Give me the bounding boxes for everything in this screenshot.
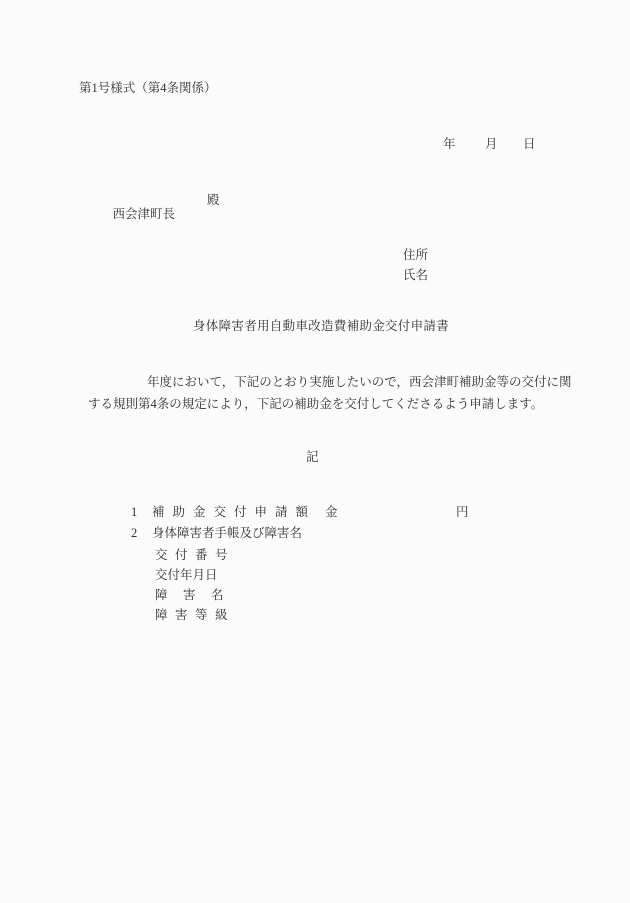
issue-date-line: 年 月 日 [443,137,543,209]
issue-number-label: 交付番号 [155,548,235,562]
body-paragraph-line-1: 年度において，下記のとおり実施したいので，西会津町補助金等の交付に関 [147,375,572,389]
item-2-number: 2 [131,526,137,540]
handbook-field-row: 障害名 [0,588,630,604]
item-1-number: 1 [131,505,137,519]
item-2-row: 2 身体障害者手帳及び障害名 [0,526,630,542]
disability-grade-label: 障害等級 [155,608,235,622]
item-1-currency-prefix: 金 [325,505,338,519]
year-label: 年 [443,137,456,151]
addressee-honorific: 殿 [207,193,220,207]
document-title: 身体障害者用自動車改造費補助金交付申請書 [193,319,449,333]
applicant-name-label: 氏名 [403,268,428,282]
addressee-line: 西会津町長 殿 [100,193,175,251]
application-form-page: 第1号様式（第4条関係） 年 月 日 西会津町長 殿 住所 氏名 身体障害者用自… [0,0,630,903]
applicant-address-label: 住所 [403,248,428,262]
addressee-title: 西会津町長 [113,207,176,221]
issue-date-label: 交付年月日 [155,568,218,582]
handbook-field-row: 交付番号 [0,548,630,564]
body-paragraph-line-2: する規則第4条の規定により，下記の補助金を交付してくださるよう申請します。 [88,397,543,411]
handbook-field-row: 交付年月日 [0,568,630,584]
item-1-currency-suffix: 円 [456,505,469,519]
day-label: 日 [523,137,536,151]
item-1-row: 1 補助金交付申請額 金 円 [0,505,630,521]
item-2-label: 身体障害者手帳及び障害名 [152,526,302,540]
item-1-label: 補助金交付申請額 [152,505,316,519]
month-label: 月 [485,137,498,151]
form-number: 第1号様式（第4条関係） [79,81,217,95]
handbook-field-row: 障害等級 [0,608,630,624]
disability-name-label: 障害名 [155,588,239,602]
list-heading: 記 [306,450,319,464]
